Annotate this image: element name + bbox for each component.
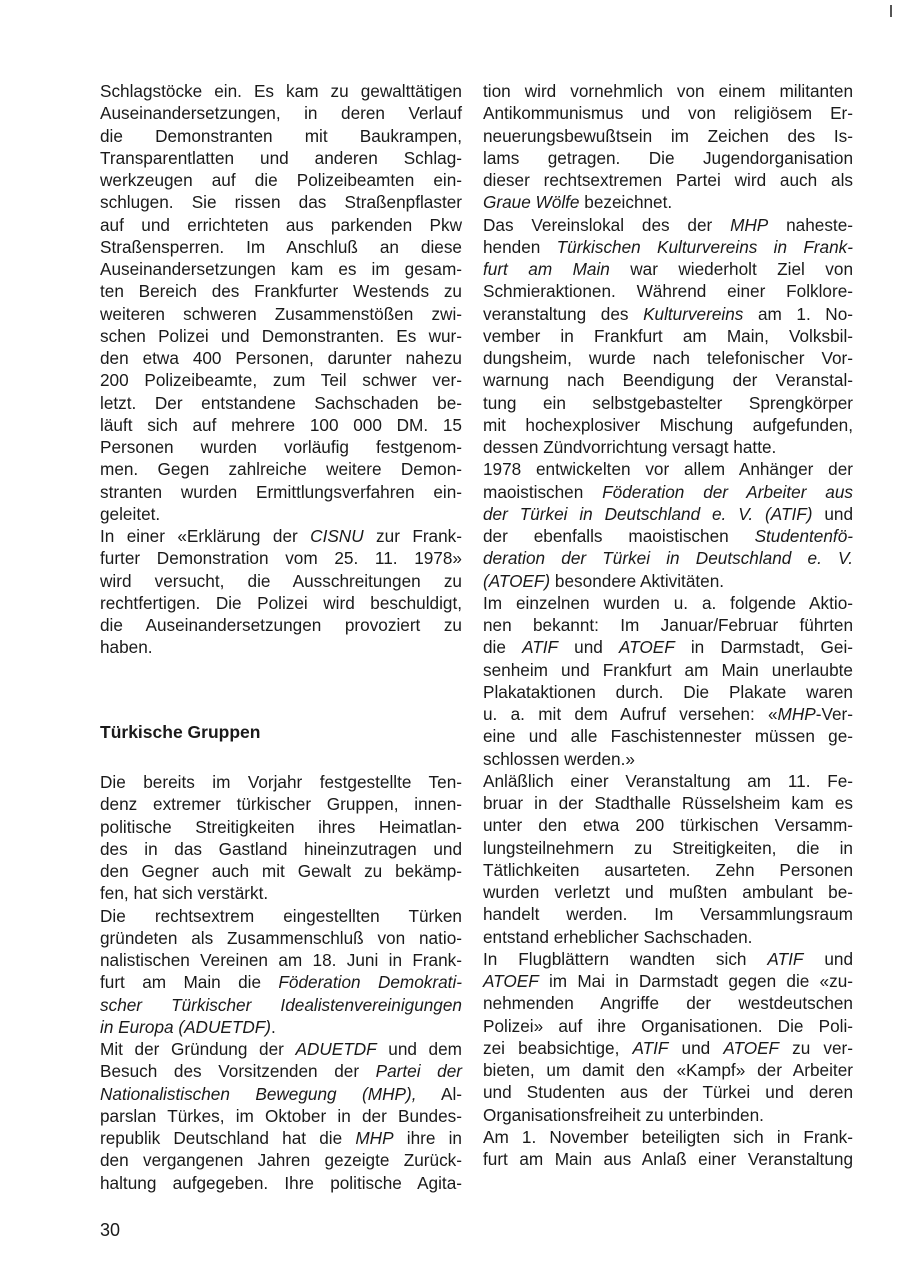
text-line: mit hochexplosiver Mischung aufgefunden, [483,414,853,436]
text-line: Transparentlatten und anderen Schlag- [100,147,462,169]
org-name: der Türkei in Deutschland e. V. (ATIF) [483,504,812,524]
text-line: neuerungsbewußtsein im Zeichen des Is- [483,125,853,147]
org-name: in Europa (ADUETDF) [100,1017,271,1037]
text-line: haltung aufgegeben. Ihre politische Agit… [100,1172,462,1194]
text-line: haben. [100,636,462,658]
text-line: furter Demonstration vom 25. 11. 1978» [100,547,462,569]
paragraph: Am 1. November beteiligten sich in Frank… [483,1126,853,1171]
text-line: Das Vereinslokal des der MHP naheste- [483,214,853,236]
text-line: In Flugblättern wandten sich ATIF und [483,948,853,970]
text-line: republik Deutschland hat die MHP ihre in [100,1127,462,1149]
text-line: Im einzelnen wurden u. a. folgende Aktio… [483,592,853,614]
org-name: Partei der [376,1061,462,1081]
paragraph: Anläßlich einer Veranstaltung am 11. Fe-… [483,770,853,948]
text-line: politische Streitigkeiten ihres Heimatla… [100,816,462,838]
text-line: Mit der Gründung der ADUETDF und dem [100,1038,462,1060]
text-line: wurden verletzt und mußten ambulant be- [483,881,853,903]
paragraph: In Flugblättern wandten sich ATIF und AT… [483,948,853,1126]
text-line: wird versucht, die Ausschreitungen zu [100,570,462,592]
org-name: ATOEF [619,637,675,657]
page-number: 30 [100,1220,120,1241]
paragraph: tion wird vornehmlich von einem militant… [483,80,853,214]
text-line: bruar in der Stadthalle Rüsselsheim kam … [483,792,853,814]
org-name: ATOEF [483,971,539,991]
text-line: die Demonstranten mit Baukrampen, [100,125,462,147]
text-line: Graue Wölfe bezeichnet. [483,191,853,213]
text-line: gründeten als Zusammenschluß von natio- [100,927,462,949]
text-line: des in das Gastland hineinzutragen und [100,838,462,860]
paragraph: In einer «Erklärung der CISNU zur Frank-… [100,525,462,659]
org-name: MHP [730,215,768,235]
text-line: furt am Main war wiederholt Ziel von [483,258,853,280]
text-line: Antikommunismus und von religiösem Er- [483,102,853,124]
text-line: zei beabsichtige, ATIF und ATOEF zu ver- [483,1037,853,1059]
left-column: Schlagstöcke ein. Es kam zu gewalttätige… [100,80,462,659]
text-line: ATOEF im Mai in Darmstadt gegen die «zu- [483,970,853,992]
org-name: ADUETDF [295,1039,376,1059]
section-heading: Türkische Gruppen [100,722,260,743]
org-name: Föderation Demokrati- [278,972,462,992]
text-line: Am 1. November beteiligten sich in Frank… [483,1126,853,1148]
text-line: Schmieraktionen. Während einer Folklore- [483,280,853,302]
paragraph: Das Vereinslokal des der MHP naheste- he… [483,214,853,459]
text-line: Schlagstöcke ein. Es kam zu gewalttätige… [100,80,462,102]
text-line: tung ein selbstgebastelter Sprengkörper [483,392,853,414]
text-line: rechtfertigen. Die Polizei wird beschuld… [100,592,462,614]
text-line: Anläßlich einer Veranstaltung am 11. Fe- [483,770,853,792]
text-line: men. Gegen zahlreiche weitere Demon- [100,458,462,480]
text-line: parslan Türkes, im Oktober in der Bundes… [100,1105,462,1127]
text-line: weiteren schweren Zusammenstößen zwi- [100,303,462,325]
org-name: MHP [355,1128,393,1148]
paragraph: Die bereits im Vorjahr festgestellte Ten… [100,771,462,905]
text-line: 200 Polizeibeamte, zum Teil schwer ver- [100,369,462,391]
text-line: lams getragen. Die Jugendorganisation [483,147,853,169]
text-line: henden Türkischen Kulturvereins in Frank… [483,236,853,258]
text-line: denz extremer türkischer Gruppen, innen- [100,793,462,815]
org-name: deration der Türkei in Deutschland e. V. [483,548,853,568]
paragraph: Schlagstöcke ein. Es kam zu gewalttätige… [100,80,462,525]
text-line: furt am Main die Föderation Demokrati- [100,971,462,993]
org-name: furt am Main [483,259,610,279]
text-line: der Türkei in Deutschland e. V. (ATIF) u… [483,503,853,525]
text-line: auf und errichteten aus parkenden Pkw [100,214,462,236]
text-line: den Gegner auch mit Gewalt zu bekämp- [100,860,462,882]
text-line: dieser rechtsextremen Partei wird auch a… [483,169,853,191]
text-line: und Studenten aus der Türkei und deren [483,1081,853,1103]
text-line: dessen Zündvorrichtung versagt hatte. [483,436,853,458]
org-name: ATIF [522,637,558,657]
text-line: deration der Türkei in Deutschland e. V. [483,547,853,569]
text-line: die Auseinandersetzungen provoziert zu [100,614,462,636]
org-name: Nationalistischen Bewegung (MHP), [100,1084,416,1104]
text-line: 1978 entwickelten vor allem Anhänger der [483,458,853,480]
org-name: MHP [778,704,816,724]
text-line: geleitet. [100,503,462,525]
text-line: vember in Frankfurt am Main, Volksbil- [483,325,853,347]
text-line: handelt werden. Im Versammlungsraum [483,903,853,925]
text-line: Organisationsfreiheit zu unterbinden. [483,1104,853,1126]
right-column: tion wird vornehmlich von einem militant… [483,80,853,1170]
text-line: furt am Main aus Anlaß einer Veranstaltu… [483,1148,853,1170]
org-name: scher Türkischer Idealistenvereinigungen [100,995,462,1015]
text-line: dungsheim, wurde nach telefonischer Vor- [483,347,853,369]
org-name: (ATOEF) [483,571,550,591]
org-name: Föderation der Arbeiter aus [602,482,853,502]
org-name: ATIF [632,1038,668,1058]
text-line: lungsteilnehmern zu Streitigkeiten, die … [483,837,853,859]
text-line: letzt. Der entstandene Sachschaden be- [100,392,462,414]
text-line: in Europa (ADUETDF). [100,1016,462,1038]
text-line: maoistischen Föderation der Arbeiter aus [483,481,853,503]
org-name: ATIF [767,949,803,969]
text-line: die ATIF und ATOEF in Darmstadt, Gei- [483,636,853,658]
left-column-section: Die bereits im Vorjahr festgestellte Ten… [100,771,462,1194]
org-name: Studentenfö- [755,526,853,546]
text-line: stranten wurden Ermittlungsverfahren ein… [100,481,462,503]
paragraph: 1978 entwickelten vor allem Anhänger der… [483,458,853,592]
text-line: Plakataktionen durch. Die Plakate waren [483,681,853,703]
org-name: Kulturvereins [643,304,743,324]
text-line: läuft sich auf mehrere 100 000 DM. 15 [100,414,462,436]
text-line: ten Bereich des Frankfurter Westends zu [100,280,462,302]
text-line: senheim und Frankfurt am Main unerlaubte [483,659,853,681]
paragraph: Mit der Gründung der ADUETDF und dem Bes… [100,1038,462,1194]
text-line: unter den etwa 200 türkischen Versamm- [483,814,853,836]
paragraph: Die rechtsextrem eingestellten Türken gr… [100,905,462,1039]
text-line: eine und alle Faschistennester müssen ge… [483,725,853,747]
text-line: nehmenden Angriffe der westdeutschen [483,992,853,1014]
text-line: entstand erheblicher Sachschaden. [483,926,853,948]
text-line: den etwa 400 Personen, darunter nahezu [100,347,462,369]
text-line: fen, hat sich verstärkt. [100,882,462,904]
text-line: nalistischen Vereinen am 18. Juni in Fra… [100,949,462,971]
text-line: Die rechtsextrem eingestellten Türken [100,905,462,927]
paragraph: Im einzelnen wurden u. a. folgende Aktio… [483,592,853,770]
text-line: Polizei» auf ihre Organisationen. Die Po… [483,1015,853,1037]
text-line: scher Türkischer Idealistenvereinigungen [100,994,462,1016]
text-line: Die bereits im Vorjahr festgestellte Ten… [100,771,462,793]
text-line: bieten, um damit den «Kampf» der Arbeite… [483,1059,853,1081]
text-line: Besuch des Vorsitzenden der Partei der [100,1060,462,1082]
text-line: Nationalistischen Bewegung (MHP), Al- [100,1083,462,1105]
org-name: CISNU [310,526,363,546]
text-line: veranstaltung des Kulturvereins am 1. No… [483,303,853,325]
org-name: Graue Wölfe [483,192,579,212]
text-line: Tätlichkeiten ausarteten. Zehn Personen [483,859,853,881]
text-line: Straßensperren. Im Anschluß an diese [100,236,462,258]
text-line: schlugen. Sie rissen das Straßenpflaster [100,191,462,213]
text-line: schen Polizei und Demonstranten. Es wur- [100,325,462,347]
text-line: Auseinandersetzungen kam es im gesam- [100,258,462,280]
text-line: der ebenfalls maoistischen Studentenfö- [483,525,853,547]
text-line: u. a. mit dem Aufruf versehen: «MHP-Ver- [483,703,853,725]
text-line: Personen wurden vorläufig festgenom- [100,436,462,458]
org-name: Türkischen Kulturvereins in Frank- [557,237,853,257]
text-line: den vergangenen Jahren gezeigte Zurück- [100,1149,462,1171]
text-line: In einer «Erklärung der CISNU zur Frank- [100,525,462,547]
text-line: schlossen werden.» [483,748,853,770]
page-edge-mark [890,5,892,17]
text-line: nen bekannt: Im Januar/Februar führten [483,614,853,636]
org-name: ATOEF [723,1038,779,1058]
text-line: (ATOEF) besondere Aktivitäten. [483,570,853,592]
text-line: Auseinandersetzungen, in deren Verlauf [100,102,462,124]
text-line: tion wird vornehmlich von einem militant… [483,80,853,102]
text-line: werkzeugen auf die Polizeibeamten ein- [100,169,462,191]
text-line: warnung nach Beendigung der Veranstal- [483,369,853,391]
